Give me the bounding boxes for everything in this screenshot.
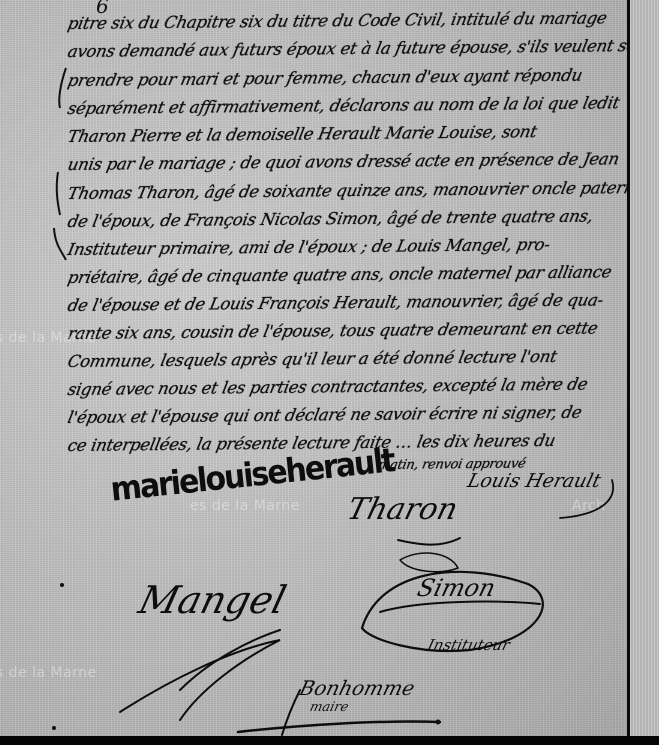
body-line: avons demandé aux futurs époux et à la f… — [66, 36, 630, 61]
signature-witness-simon: Simon — [415, 574, 499, 602]
body-line: séparément et affirmativement, déclarons… — [66, 93, 621, 118]
signature-mayor: Bonhomme — [297, 676, 417, 700]
watermark-text: Arch — [572, 498, 606, 514]
page-margin-right — [630, 0, 659, 736]
signature-witness-herault: Louis Herault — [465, 470, 603, 492]
body-line: rante six ans, cousin de l'épouse, tous … — [66, 318, 599, 343]
body-line: l'époux et l'épouse qui ont déclaré ne s… — [66, 403, 583, 427]
signature-witness-mangel: Mangel — [135, 578, 291, 622]
watermark-text: Archives de la Marne — [0, 665, 97, 681]
body-line: priétaire, âgé de cinquante quatre ans, … — [66, 262, 613, 287]
body-line: de l'époux, de François Nicolas Simon, â… — [66, 207, 595, 231]
document-scan: 6 pitre six du Chapitre six du titre du … — [0, 0, 630, 736]
body-line: Tharon Pierre et la demoiselle Herault M… — [66, 122, 539, 146]
body-line: de l'épouse et de Louis François Herault… — [66, 290, 605, 315]
body-line: signé avec nous et les parties contracta… — [66, 375, 589, 399]
signature-simon-title: Instituteur — [426, 636, 512, 654]
body-line: Commune, lesquels après qu'il leur a été… — [66, 347, 558, 371]
body-line: prendre pour mari et pour femme, chacun … — [66, 66, 584, 90]
page-border-bottom — [0, 736, 659, 745]
watermark-text: Archives de la Marne — [0, 330, 97, 346]
watermark-text: es de la Marne — [190, 498, 300, 514]
signature-groom: Tharon — [344, 492, 462, 527]
body-line: unis par le mariage ; de quoi avons dres… — [66, 149, 621, 174]
body-line: Thomas Tharon, âgé de soixante quinze an… — [66, 178, 630, 203]
body-line: pitre six du Chapitre six du titre du Co… — [66, 8, 608, 33]
signature-mayor-title: maire — [308, 700, 350, 715]
body-line: Instituteur primaire, ami de l'époux ; d… — [66, 235, 552, 259]
